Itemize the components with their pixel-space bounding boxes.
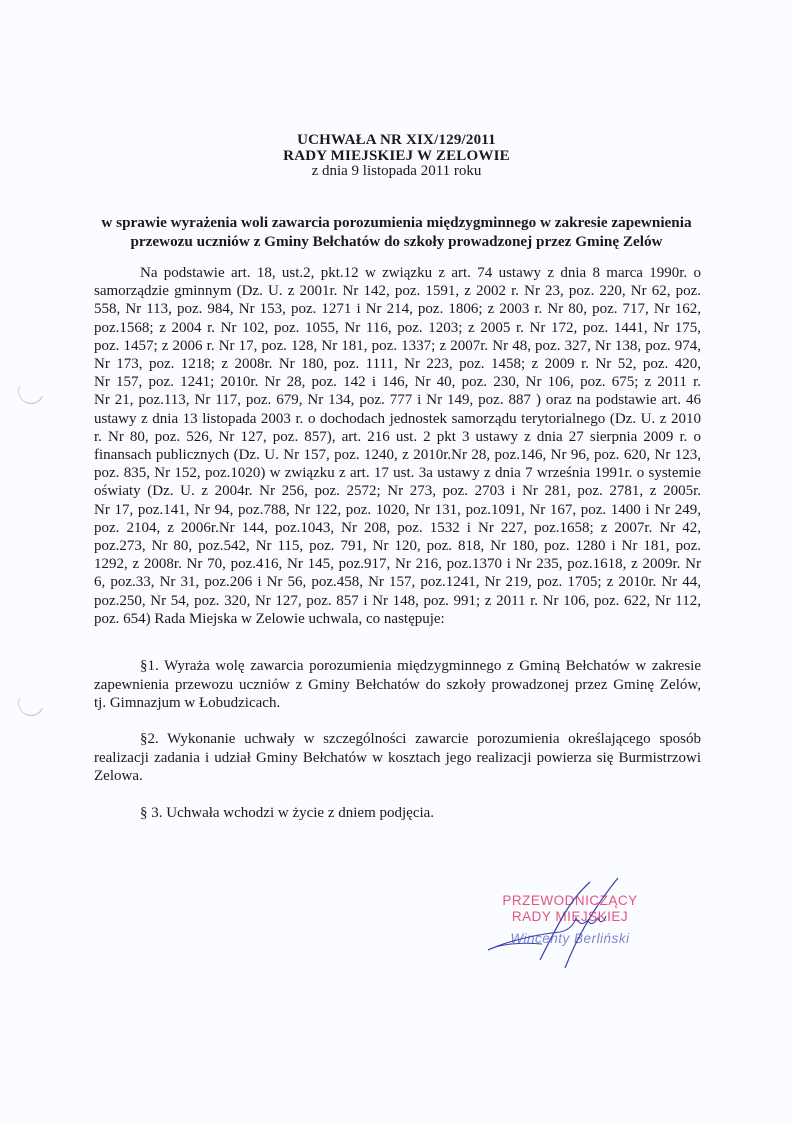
resolution-title: UCHWAŁA NR XIX/129/2011	[0, 132, 793, 149]
text-line: poz. 654) Rada Miejska w Zelowie uchwala…	[94, 610, 445, 628]
text-line: 1292, z 2008r. Nr 70, poz.416, Nr 145, p…	[94, 555, 701, 573]
punch-hole-mark	[14, 686, 47, 719]
text-line: finansach publicznych (Dz. U. Nr 157, po…	[94, 446, 701, 464]
text-line: r. Nr 80, poz. 526, Nr 127, poz. 857), a…	[94, 428, 701, 446]
text-line: §1. Wyraża wolę zawarcia porozumienia mi…	[140, 657, 701, 675]
text-line: tj. Gimnazjum w Łobudzicach.	[94, 694, 280, 712]
section-3: § 3. Uchwała wchodzi w życie z dniem pod…	[140, 804, 434, 822]
text-line: zapewnienia przewozu uczniów z Gminy Beł…	[94, 676, 701, 694]
punch-hole-mark	[14, 374, 47, 407]
text-line: poz.1568; z 2004 r. Nr 102, poz. 1055, N…	[94, 319, 701, 337]
handwritten-signature-icon	[470, 860, 670, 980]
subject-line-2: przewozu uczniów z Gminy Bełchatów do sz…	[0, 231, 793, 252]
text-line: poz. 2104, z 2006r.Nr 144, poz.1043, Nr …	[94, 519, 701, 537]
text-line: poz. 835, Nr 152, poz.1020) w związku z …	[94, 464, 701, 482]
resolution-date: z dnia 9 listopada 2011 roku	[0, 163, 793, 180]
text-line: Nr 21, poz.113, Nr 117, poz. 679, Nr 134…	[94, 391, 701, 409]
text-line: Zelowa.	[94, 767, 143, 785]
text-line: Nr 157, poz. 1241; 2010r. Nr 28, poz. 14…	[94, 373, 701, 391]
text-line: poz.273, Nr 80, poz.542, Nr 115, poz. 79…	[94, 537, 701, 555]
text-line: poz. 1457; z 2006 r. Nr 17, poz. 128, Nr…	[94, 337, 701, 355]
text-line: poz.250, Nr 54, poz. 320, Nr 127, poz. 8…	[94, 592, 701, 610]
subject-line-1: w sprawie wyrażenia woli zawarcia porozu…	[0, 212, 793, 233]
text-line: Na podstawie art. 18, ust.2, pkt.12 w zw…	[140, 264, 701, 282]
text-line: samorządzie gminnym (Dz. U. z 2001r. Nr …	[94, 282, 701, 300]
text-line: Nr 17, poz.141, Nr 94, poz.788, Nr 122, …	[94, 501, 701, 519]
text-line: 558, Nr 113, poz. 984, Nr 153, poz. 1271…	[94, 300, 701, 318]
document-page: UCHWAŁA NR XIX/129/2011 RADY MIEJSKIEJ W…	[0, 0, 793, 1123]
text-line: §2. Wykonanie uchwały w szczególności za…	[140, 730, 701, 748]
text-line: realizacji zadania i udział Gminy Bełcha…	[94, 749, 701, 767]
text-line: 6, poz.33, Nr 31, poz.206 i Nr 56, poz.4…	[94, 573, 701, 591]
text-line: oświaty (Dz. U. z 2004r. Nr 256, poz. 25…	[94, 482, 701, 500]
text-line: ustawy z dnia 13 listopada 2003 r. o doc…	[94, 410, 701, 428]
text-line: Nr 173, poz. 1218; z 2008r. Nr 180, poz.…	[94, 355, 701, 373]
